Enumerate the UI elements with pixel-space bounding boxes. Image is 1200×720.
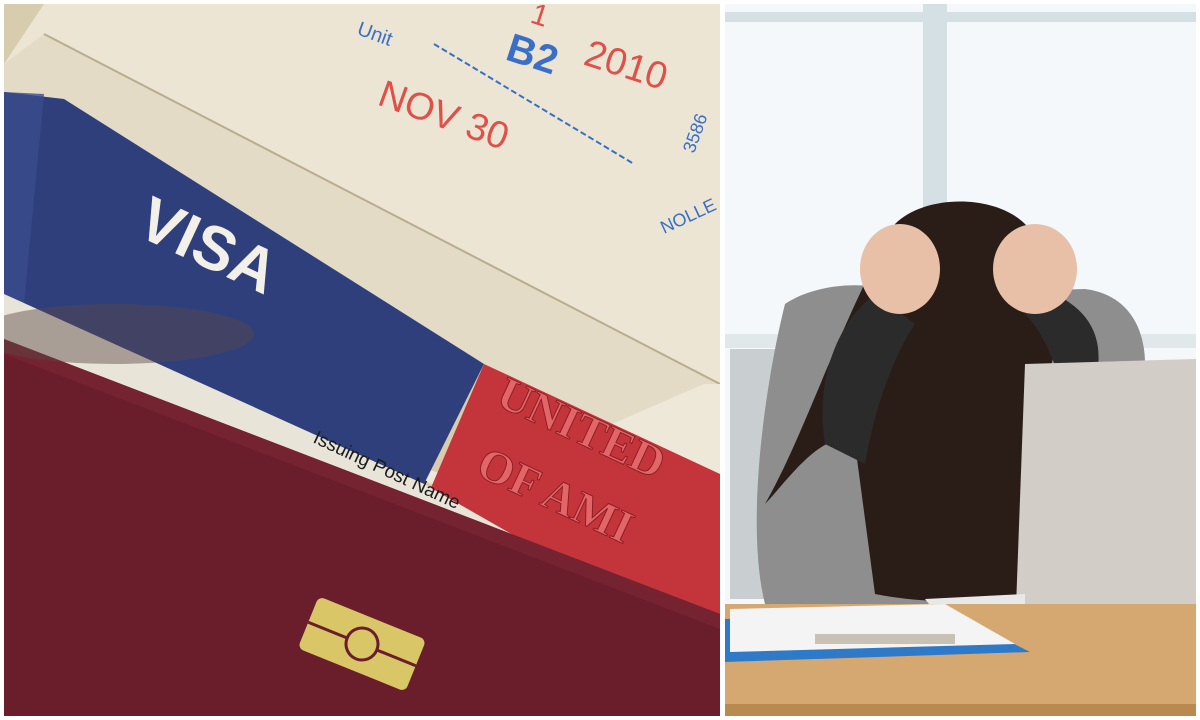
- stressed-woman-photo: [725, 4, 1196, 716]
- visa-passport-photo: 2010 1 NOV 30 B2 Unit 3586 NOLLE VISA Is…: [4, 4, 720, 716]
- office-illustration: [725, 4, 1196, 716]
- visa-illustration: 2010 1 NOV 30 B2 Unit 3586 NOLLE VISA Is…: [4, 4, 720, 716]
